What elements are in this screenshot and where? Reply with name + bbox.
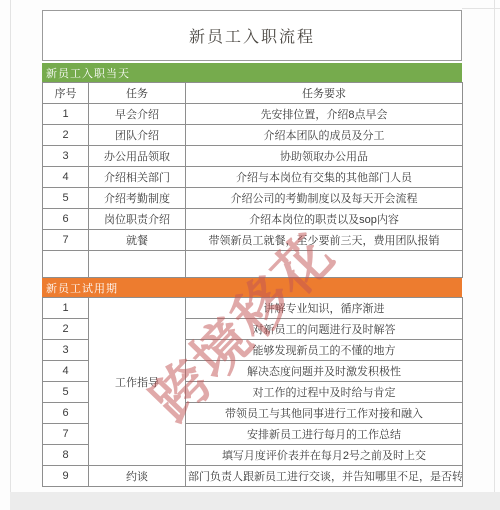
cell-serial-no: 9 <box>43 466 89 487</box>
table-row: 9约谈部门负责人跟新员工进行交谈，并告知哪里不足，是否转正 <box>43 466 463 487</box>
cell-task-merged: 工作指导 <box>89 298 186 466</box>
cell-serial-no: 1 <box>43 104 89 125</box>
column-header: 序号 <box>43 83 89 104</box>
cell-requirement: 介绍与本岗位有交集的其他部门人员 <box>186 167 463 188</box>
cell-requirement: 对工作的过程中及时给与肯定 <box>186 382 463 403</box>
cell-serial-no: 8 <box>43 445 89 466</box>
cell-serial-no: 7 <box>43 424 89 445</box>
cell-requirement: 介绍本团队的成员及分工 <box>186 125 463 146</box>
cell-task: 办公用品领取 <box>89 146 186 167</box>
table-row: 1工作指导讲解专业知识，循序渐进 <box>43 298 463 319</box>
section-header-bar: 新员工入职当天 <box>42 63 462 82</box>
cell-task: 就餐 <box>89 230 186 251</box>
cell-requirement: 介绍本岗位的职责以及sop内容 <box>186 209 463 230</box>
cell-serial-no: 4 <box>43 361 89 382</box>
table-row: 4介绍相关部门介绍与本岗位有交集的其他部门人员 <box>43 167 463 188</box>
cell-requirement: 介绍公司的考勤制度以及每天开会流程 <box>186 188 463 209</box>
worksheet-gridline-left <box>10 0 11 492</box>
cell-task: 介绍考勤制度 <box>89 188 186 209</box>
cell-serial-no: 1 <box>43 298 89 319</box>
section-header-bar: 新员工试用期 <box>42 278 462 297</box>
cell-serial-no: 4 <box>43 167 89 188</box>
cell-task: 团队介绍 <box>89 125 186 146</box>
cell-requirement: 先安排位置，介绍8点早会 <box>186 104 463 125</box>
cell-serial-no: 2 <box>43 319 89 340</box>
cell-requirement: 带领新员工就餐，至少要前三天，费用团队报销 <box>186 230 463 251</box>
bottom-strip <box>10 492 500 510</box>
table-row: 6岗位职责介绍介绍本岗位的职责以及sop内容 <box>43 209 463 230</box>
section-table: 序号任务任务要求1早会介绍先安排位置，介绍8点早会2团队介绍介绍本团队的成员及分… <box>42 82 463 278</box>
cell-task: 早会介绍 <box>89 104 186 125</box>
column-header: 任务要求 <box>186 83 463 104</box>
worksheet-gridline-top <box>462 8 500 9</box>
cell-serial-no: 6 <box>43 209 89 230</box>
cell-requirement: 讲解专业知识，循序渐进 <box>186 298 463 319</box>
table-row: 2团队介绍介绍本团队的成员及分工 <box>43 125 463 146</box>
cell-serial-no: 3 <box>43 340 89 361</box>
cell-requirement: 带领员工与其他同事进行工作对接和融入 <box>186 403 463 424</box>
empty-cell <box>43 251 89 278</box>
cell-task: 介绍相关部门 <box>89 167 186 188</box>
column-header: 任务 <box>89 83 186 104</box>
cell-requirement: 安排新员工进行每月的工作总结 <box>186 424 463 445</box>
table-row: 3办公用品领取协助领取办公用品 <box>43 146 463 167</box>
section-table: 1工作指导讲解专业知识，循序渐进2对新员工的问题进行及时解答3能够发现新员工的不… <box>42 297 463 487</box>
cell-requirement: 部门负责人跟新员工进行交谈，并告知哪里不足，是否转正 <box>186 466 463 487</box>
cell-serial-no: 2 <box>43 125 89 146</box>
cell-serial-no: 6 <box>43 403 89 424</box>
cell-serial-no: 3 <box>43 146 89 167</box>
cell-serial-no: 7 <box>43 230 89 251</box>
cell-requirement: 对新员工的问题进行及时解答 <box>186 319 463 340</box>
cell-requirement: 填写月度评价表并在每月2号之前及时上交 <box>186 445 463 466</box>
cell-serial-no: 5 <box>43 382 89 403</box>
worksheet-gridline-right <box>494 0 495 492</box>
cell-task: 岗位职责介绍 <box>89 209 186 230</box>
cell-requirement: 能够发现新员工的不懂的地方 <box>186 340 463 361</box>
cell-serial-no: 5 <box>43 188 89 209</box>
process-table: 新员工入职当天序号任务任务要求1早会介绍先安排位置，介绍8点早会2团队介绍介绍本… <box>42 63 462 487</box>
table-row: 5介绍考勤制度介绍公司的考勤制度以及每天开会流程 <box>43 188 463 209</box>
page-title: 新员工入职流程 <box>42 10 462 61</box>
column-header-row: 序号任务任务要求 <box>43 83 463 104</box>
empty-cell <box>89 251 186 278</box>
process-sheet: 新员工入职流程 新员工入职当天序号任务任务要求1早会介绍先安排位置，介绍8点早会… <box>42 10 462 487</box>
table-row: 7就餐带领新员工就餐，至少要前三天，费用团队报销 <box>43 230 463 251</box>
cell-requirement: 解决态度问题并及时激发积极性 <box>186 361 463 382</box>
cell-requirement: 协助领取办公用品 <box>186 146 463 167</box>
table-row: 1早会介绍先安排位置，介绍8点早会 <box>43 104 463 125</box>
cell-task: 约谈 <box>89 466 186 487</box>
empty-cell <box>186 251 463 278</box>
empty-row <box>43 251 463 278</box>
